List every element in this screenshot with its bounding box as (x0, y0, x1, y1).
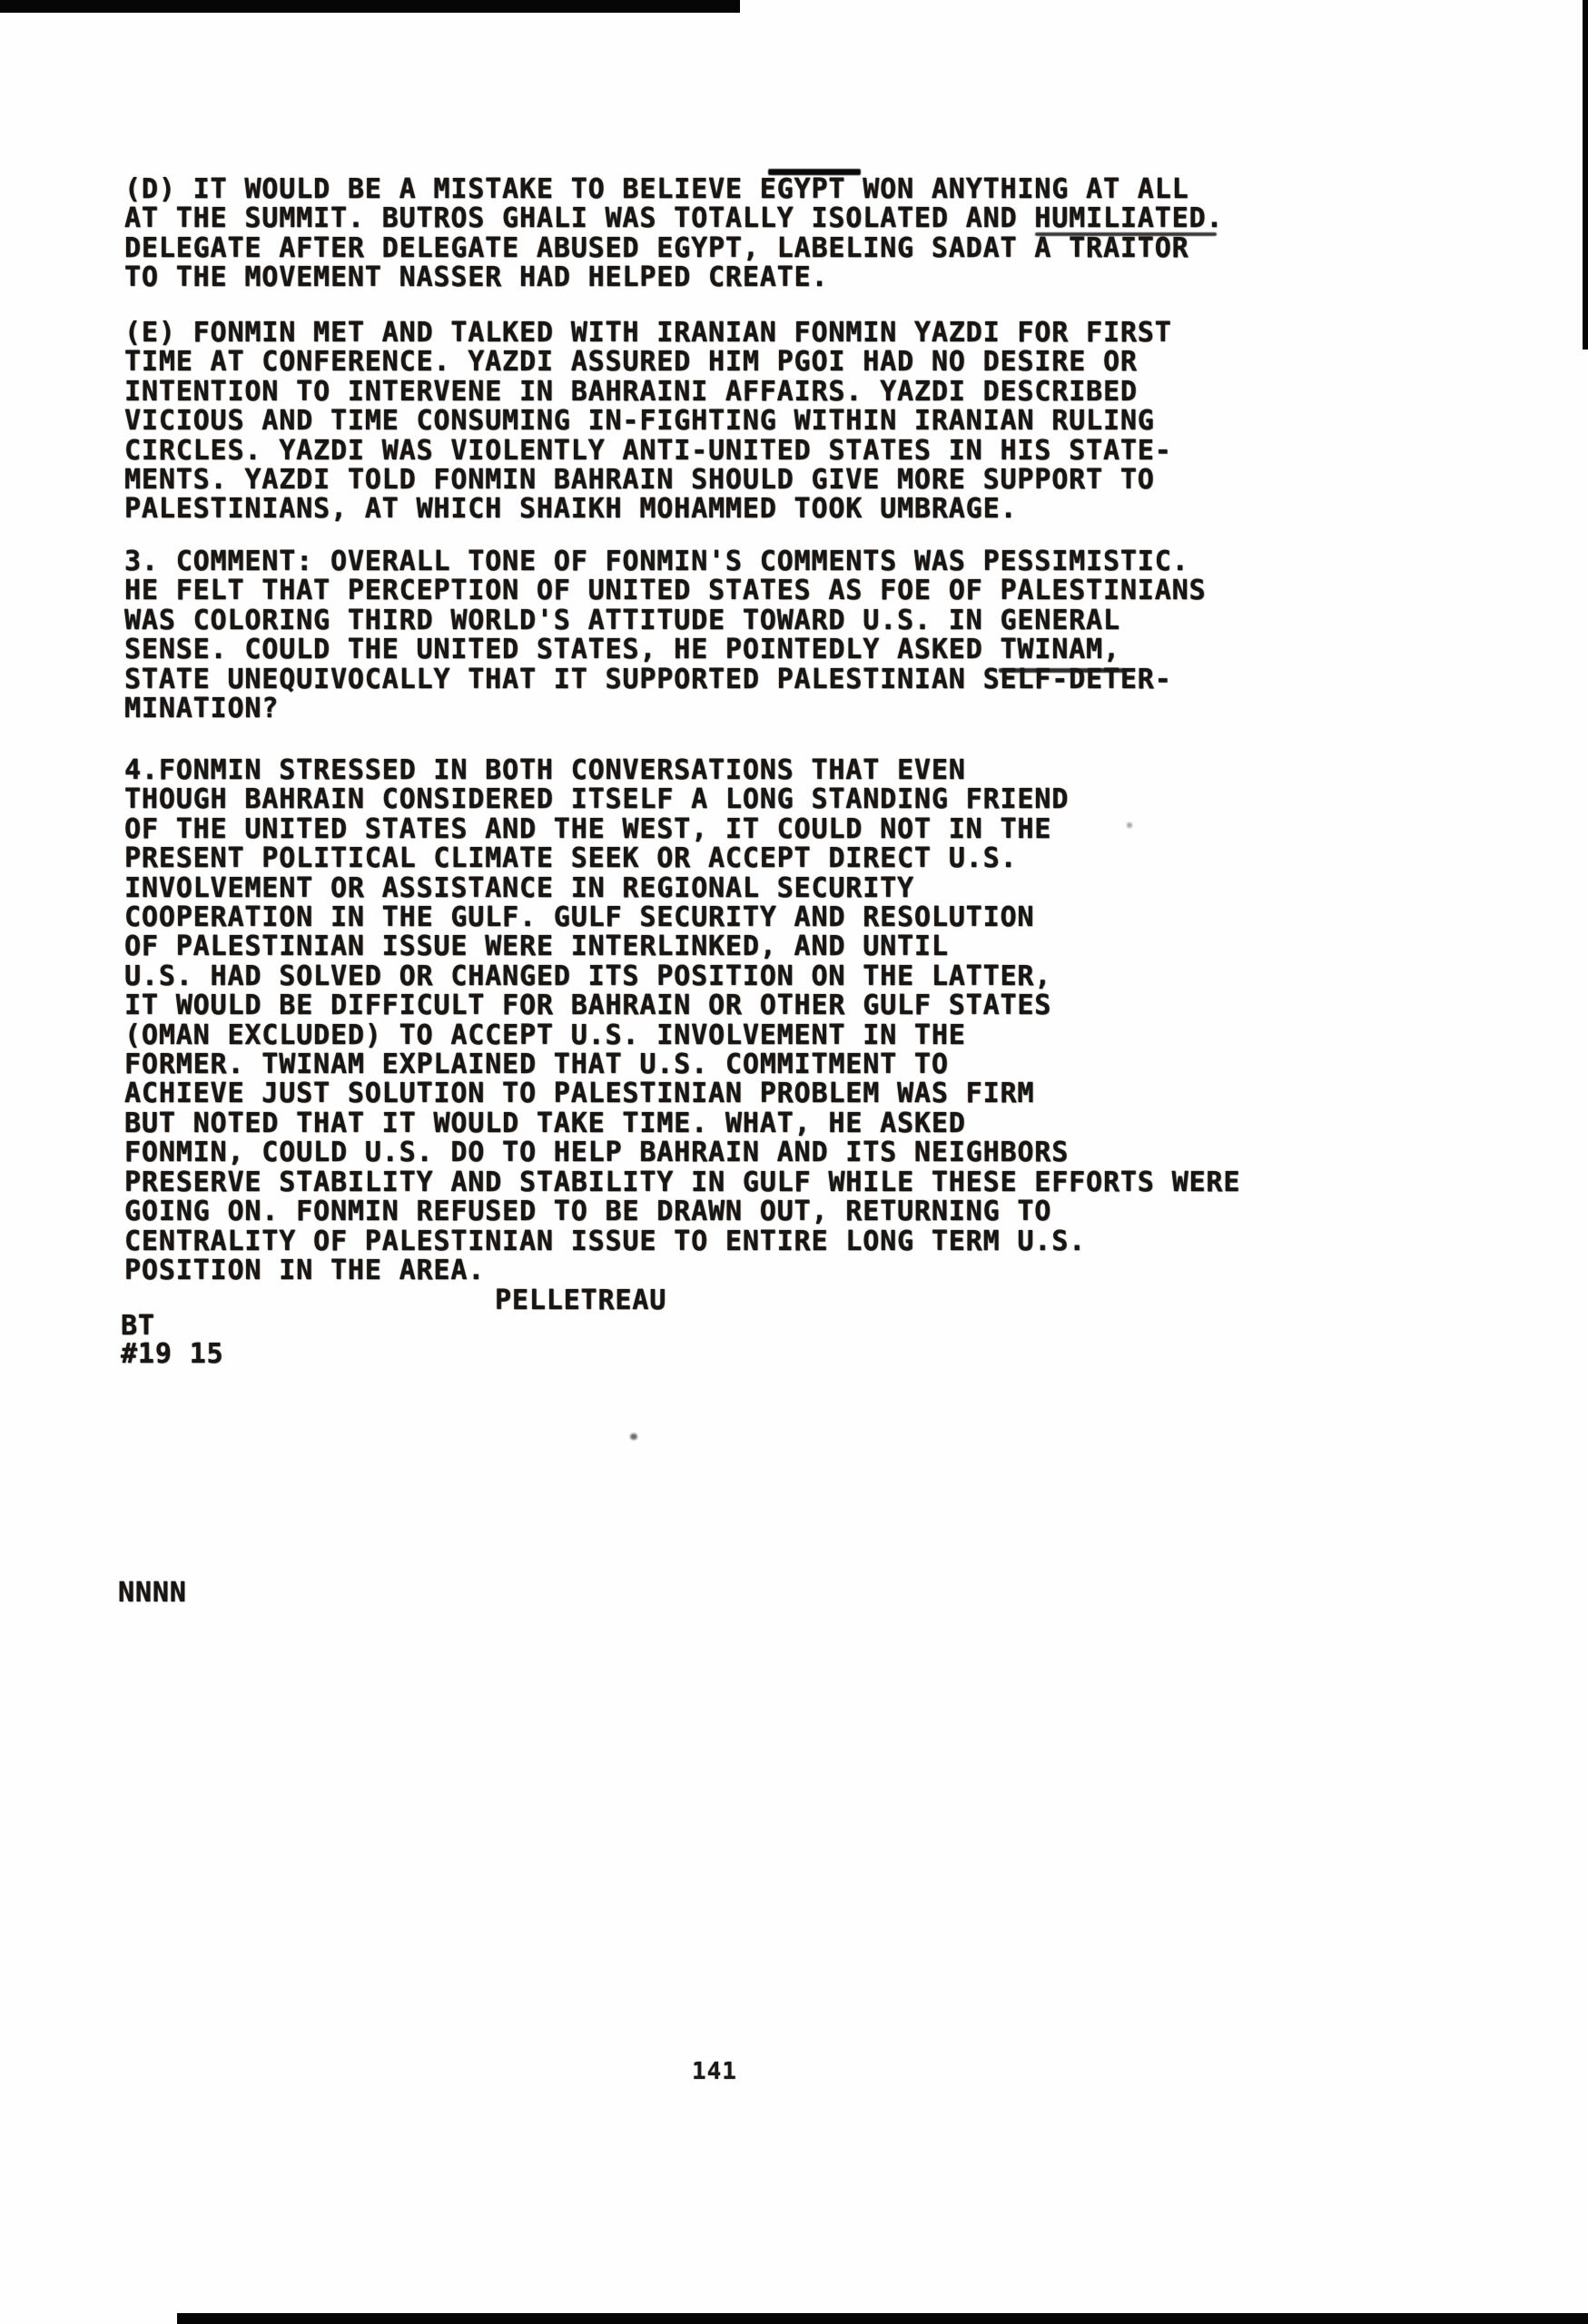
cable-bt-marker: BT (121, 1312, 155, 1341)
page-number: 141 (692, 2058, 737, 2085)
cable-paragraph-3-comment: 3. COMMENT: OVERALL TONE OF FONMIN'S COM… (124, 547, 1206, 724)
scan-artifact-right-edge-line (1583, 0, 1588, 350)
scanned-cable-page: (D) IT WOULD BE A MISTAKE TO BELIEVE EGY… (0, 0, 1588, 2324)
scan-artifact-top-bar (0, 0, 740, 13)
signature-pelletreau: PELLETREAU (495, 1286, 666, 1315)
cable-end-of-transmission: NNNN (118, 1579, 187, 1608)
cable-paragraph-4: 4.FONMIN STRESSED IN BOTH CONVERSATIONS … (124, 756, 1240, 1285)
cable-paragraph-d: (D) IT WOULD BE A MISTAKE TO BELIEVE EGY… (124, 175, 1223, 293)
cable-paragraph-e: (E) FONMIN MET AND TALKED WITH IRANIAN F… (124, 319, 1172, 525)
scan-artifact-bottom-bar (177, 2313, 1588, 2324)
cable-serial-number: #19 15 (121, 1340, 223, 1369)
scan-artifact-speck (630, 1433, 637, 1440)
